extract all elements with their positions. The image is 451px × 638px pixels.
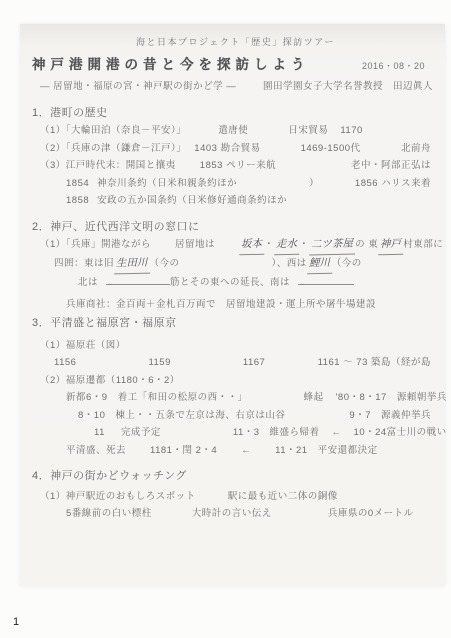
text-segment: 日宋貿易 bbox=[288, 122, 328, 140]
text-line: （1）神戸駅近のおもしろスポット 駅に最も近い二体の銅像 bbox=[32, 488, 439, 506]
title-row: 神戸港開港の昔と今を探訪しよう 2016・08・20 bbox=[32, 56, 439, 76]
section-1-heading: 1．港町の歴史 bbox=[32, 105, 439, 123]
project-title: 海と日本プロジェクト「歴史」探訪ツアー bbox=[136, 34, 335, 52]
doc-title: 神戸港開港の昔と今を探訪しよう bbox=[32, 56, 310, 74]
text-segment: 神奈川条約（日米和親条約ほか bbox=[97, 175, 237, 193]
text-segment: 老中・阿部正弘は bbox=[351, 157, 431, 175]
text-segment: （2）「兵庫の津（鎌倉－江戸）」 bbox=[40, 140, 186, 158]
text-segment: 11・3 維盛ら帰着 bbox=[233, 424, 320, 442]
text-segment: （今の bbox=[150, 255, 180, 273]
section-2-heading-text: 2．神戸、近代西洋文明の窓口に bbox=[32, 219, 200, 237]
text-segment: （1）神戸駅近のおもしろスポット bbox=[40, 488, 196, 506]
text-segment: ） bbox=[309, 175, 319, 193]
text-line: 北は 筋とその東への延長、南は bbox=[32, 273, 439, 292]
handwritten-answer: 二ツ茶屋 bbox=[309, 236, 355, 255]
text-segment: ）、西は bbox=[272, 255, 307, 273]
text-segment: 北は bbox=[78, 274, 98, 292]
text-line: （1）「兵庫」開港ながら 居留地は 坂本 ・ 走水 ・ 二ツ茶屋 の 東 神戸 … bbox=[32, 236, 439, 255]
text-segment: 1854 bbox=[66, 175, 89, 193]
text-segment: （1）「大輪田泊（奈良－平安）」 bbox=[40, 122, 186, 140]
text-segment: 1181・閏 2・4 bbox=[150, 442, 217, 460]
text-line: （3）江戸時代末：開国と攘夷 1853 ペリー来航 老中・阿部正弘は bbox=[32, 157, 439, 175]
text-segment: 安政の五か国条約（日米修好通商条約ほか bbox=[97, 192, 287, 210]
text-segment: の 東 bbox=[355, 236, 378, 254]
text-line: （1）福原荘（図） bbox=[32, 337, 439, 355]
text-line: （2）福原遷都（1180・6・2） bbox=[32, 372, 439, 390]
text-segment: 兵庫県の0メートル bbox=[328, 505, 414, 523]
handwritten-answer: 生田川 bbox=[114, 254, 150, 273]
arrow-glyph: ← bbox=[241, 442, 251, 460]
text-segment: 平清盛、死去 bbox=[66, 442, 126, 460]
text-segment: （3）江戸時代末：開国と攘夷 bbox=[40, 157, 176, 175]
text-segment: ・ bbox=[299, 236, 309, 254]
text-segment: 11 bbox=[94, 424, 105, 442]
text-segment: 1156 bbox=[54, 354, 76, 372]
text-segment: （2）福原遷都（1180・6・2） bbox=[40, 372, 180, 390]
text-segment: 大時計の言い伝え bbox=[192, 505, 272, 523]
section-1-heading-text: 1．港町の歴史 bbox=[32, 105, 108, 123]
text-segment: 1159 bbox=[148, 354, 170, 372]
blank-underline bbox=[106, 273, 170, 285]
text-segment: 8・10 棟上・・五条で左京は海、右京は山谷 bbox=[78, 407, 285, 425]
text-segment: 1469-1500代 bbox=[301, 140, 361, 158]
section-3-heading: 3．平清盛と福原宮・福原京 bbox=[32, 315, 439, 333]
text-segment: 北前舟 bbox=[401, 140, 431, 158]
text-line: 1858 安政の五か国条約（日米修好通商条約ほか bbox=[32, 192, 439, 210]
section-3-heading-text: 3．平清盛と福原宮・福原京 bbox=[32, 315, 177, 333]
arrow-glyph: ← bbox=[332, 424, 342, 442]
text-segment: 9・7 源義仲挙兵 bbox=[349, 407, 431, 425]
text-segment: 居留地は bbox=[175, 236, 215, 254]
text-segment: 筋とその東への延長、南は bbox=[170, 274, 290, 292]
text-segment: 遣唐使 bbox=[218, 122, 248, 140]
text-line: （2）「兵庫の津（鎌倉－江戸）」 1403 勘合貿易 1469-1500代 北前… bbox=[32, 140, 439, 158]
doc-subtitle: ― 居留地・福原の宮・神戸駅の街かど学 ― bbox=[40, 78, 236, 96]
text-line: 8・10 棟上・・五条で左京は海、右京は山谷 9・7 源義仲挙兵 bbox=[32, 407, 439, 425]
text-line: 11 完成予定 11・3 維盛ら帰着 ← 10・24富士川の戦い bbox=[32, 424, 439, 442]
text-segment: 1858 bbox=[66, 192, 89, 210]
text-segment: （今の bbox=[332, 255, 362, 273]
text-line: 平清盛、死去 1181・閏 2・4 ← 11・21 平安還都決定 bbox=[32, 442, 439, 460]
scanned-document: { "page": { "number": "1" }, "header": {… bbox=[0, 0, 451, 638]
text-segment: 四囲：東は旧 bbox=[54, 255, 114, 273]
text-segment: 1853 ペリー来航 bbox=[200, 157, 276, 175]
text-segment: 1167 bbox=[243, 354, 265, 372]
text-segment: 11・21 平安還都決定 bbox=[275, 442, 377, 460]
handwritten-answer: 神戸 bbox=[378, 236, 403, 255]
text-segment: 1403 勘合貿易 bbox=[194, 140, 260, 158]
scan-paper: 海と日本プロジェクト「歴史」探訪ツアー 神戸港開港の昔と今を探訪しよう 2016… bbox=[20, 24, 445, 586]
text-segment: 完成予定 bbox=[121, 424, 161, 442]
text-segment: （1）福原荘（図） bbox=[40, 337, 126, 355]
blank-underline bbox=[298, 273, 354, 285]
text-segment: ・ bbox=[264, 236, 274, 254]
text-segment: 1170 bbox=[340, 122, 362, 140]
text-segment: 1856 ハリス来着 bbox=[355, 175, 431, 193]
handwritten-answer: 坂本 bbox=[239, 236, 264, 255]
text-line: 1156 1159 1167 1161 ～ 73 築島（経が島 bbox=[32, 354, 439, 372]
text-segment: '80・8・17 源頼朝挙兵 bbox=[336, 389, 447, 407]
text-line: 四囲：東は旧 生田川 （今の ）、西は 鯉川 （今の bbox=[32, 255, 439, 274]
doc-author: 園田学園女子大学名誉教授 田辺眞人 bbox=[263, 78, 433, 96]
text-segment: 蜂起 bbox=[304, 389, 324, 407]
section-2-heading: 2．神戸、近代西洋文明の窓口に bbox=[32, 219, 439, 237]
text-segment: 村東部に bbox=[403, 236, 443, 254]
text-segment: 兵庫商社：金百両＋金札百万両で 居留地建設・運上所や屠牛場建設 bbox=[66, 296, 376, 314]
handwritten-answer: 鯉川 bbox=[307, 254, 332, 273]
text-segment: 新都6・9 着工「和田の松原の西・・」 bbox=[66, 389, 248, 407]
text-line: 新都6・9 着工「和田の松原の西・・」 蜂起 '80・8・17 源頼朝挙兵 bbox=[32, 389, 439, 407]
text-segment: 1161 ～ 73 築島（経が島 bbox=[318, 354, 431, 372]
text-line: 兵庫商社：金百両＋金札百万両で 居留地建設・運上所や屠牛場建設 bbox=[32, 296, 439, 314]
text-segment: 10・24富士川の戦い bbox=[354, 424, 447, 442]
text-line: 5番線前の白い標柱 大時計の言い伝え 兵庫県の0メートル bbox=[32, 505, 439, 523]
text-segment: 駅に最も近い二体の銅像 bbox=[228, 488, 338, 506]
text-line: 1854 神奈川条約（日米和親条約ほか ） 1856 ハリス来着 bbox=[32, 175, 439, 193]
doc-date: 2016・08・20 bbox=[362, 58, 425, 76]
text-line: （1）「大輪田泊（奈良－平安）」 遣唐使 日宋貿易 1170 bbox=[32, 122, 439, 140]
section-4-heading: 4．神戸の街かどウォッチング bbox=[32, 468, 439, 486]
handwritten-answer: 走水 bbox=[274, 236, 299, 255]
text-segment: 5番線前の白い標柱 bbox=[66, 505, 152, 523]
section-4-heading-text: 4．神戸の街かどウォッチング bbox=[32, 468, 187, 486]
text-segment: （1）「兵庫」開港ながら bbox=[40, 236, 151, 254]
subtitle-row: ― 居留地・福原の宮・神戸駅の街かど学 ― 園田学園女子大学名誉教授 田辺眞人 bbox=[32, 78, 439, 96]
project-line: 海と日本プロジェクト「歴史」探訪ツアー bbox=[32, 34, 439, 52]
page-number: 1 bbox=[13, 616, 19, 628]
